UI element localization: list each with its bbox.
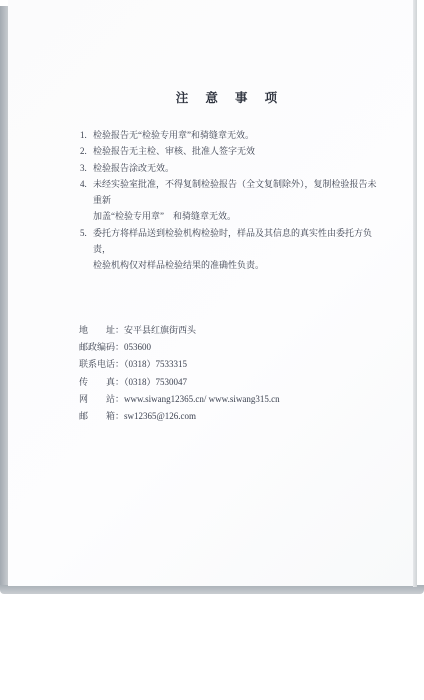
scan-bottom-edge-shadow — [0, 585, 424, 594]
contact-row-email: 邮 箱：sw12365@126.com — [79, 408, 280, 425]
contact-label: 邮 箱： — [79, 411, 124, 421]
scanned-document-page: 注 意 事 项 1. 检验报告无“检验专用章”和骑缝章无效。 2. 检验报告无主… — [8, 0, 413, 586]
notice-item-number: 4. — [80, 176, 93, 225]
scan-left-edge-shadow — [0, 6, 8, 590]
contact-label: 联系电话： — [79, 359, 124, 369]
notice-item-3: 3. 检验报告涂改无效。 — [80, 160, 380, 176]
contact-row-phone: 联系电话：（0318）7533315 — [79, 356, 280, 373]
contact-value: 安平县红旗街西头 — [124, 325, 196, 335]
notice-item-number: 2. — [80, 143, 93, 159]
contact-label: 传 真： — [79, 377, 124, 387]
contact-value: sw12365@126.com — [124, 411, 196, 421]
notice-line: 检验报告无“检验专用章”和骑缝章无效。 — [93, 127, 380, 143]
contact-row-address: 地 址：安平县红旗街西头 — [79, 322, 280, 339]
notice-list: 1. 检验报告无“检验专用章”和骑缝章无效。 2. 检验报告无主检、审核、批准人… — [80, 127, 380, 274]
notice-item-2: 2. 检验报告无主检、审核、批准人签字无效 — [80, 143, 380, 159]
contact-label: 网 站： — [79, 394, 124, 404]
notice-item-number: 3. — [80, 160, 93, 176]
notice-line: 委托方将样品送到检验机构检验时，样品及其信息的真实性由委托方负责， — [93, 225, 380, 258]
contact-value: （0318）7530047 — [124, 377, 187, 387]
contact-value: 053600 — [124, 342, 151, 352]
contact-value: （0318）7533315 — [124, 359, 187, 369]
notice-line: 加盖“检验专用章” 和骑缝章无效。 — [93, 208, 380, 224]
contact-row-fax: 传 真：（0318）7530047 — [79, 374, 280, 391]
document-title: 注 意 事 项 — [108, 88, 352, 106]
notice-item-number: 5. — [80, 225, 93, 274]
notice-line: 未经实验室批准，不得复制检验报告（全文复制除外），复制检验报告未重新 — [93, 176, 380, 209]
notice-line: 检验机构仅对样品检验结果的准确性负责。 — [93, 257, 380, 273]
notice-item-number: 1. — [80, 127, 93, 143]
contact-block: 地 址：安平县红旗街西头 邮政编码：053600 联系电话：（0318）7533… — [79, 322, 280, 425]
contact-row-postal-code: 邮政编码：053600 — [79, 339, 280, 356]
notice-item-4: 4. 未经实验室批准，不得复制检验报告（全文复制除外），复制检验报告未重新 加盖… — [80, 176, 380, 225]
contact-label: 地 址： — [79, 325, 124, 335]
scan-right-edge-shadow — [413, 0, 417, 587]
notice-line: 检验报告涂改无效。 — [93, 160, 380, 176]
notice-item-5: 5. 委托方将样品送到检验机构检验时，样品及其信息的真实性由委托方负责， 检验机… — [80, 225, 380, 274]
contact-row-website: 网 站：www.siwang12365.cn/ www.siwang315.cn — [79, 391, 280, 408]
notice-line: 检验报告无主检、审核、批准人签字无效 — [93, 143, 380, 159]
contact-value: www.siwang12365.cn/ www.siwang315.cn — [124, 394, 280, 404]
notice-item-1: 1. 检验报告无“检验专用章”和骑缝章无效。 — [80, 127, 380, 143]
contact-label: 邮政编码： — [79, 342, 124, 352]
